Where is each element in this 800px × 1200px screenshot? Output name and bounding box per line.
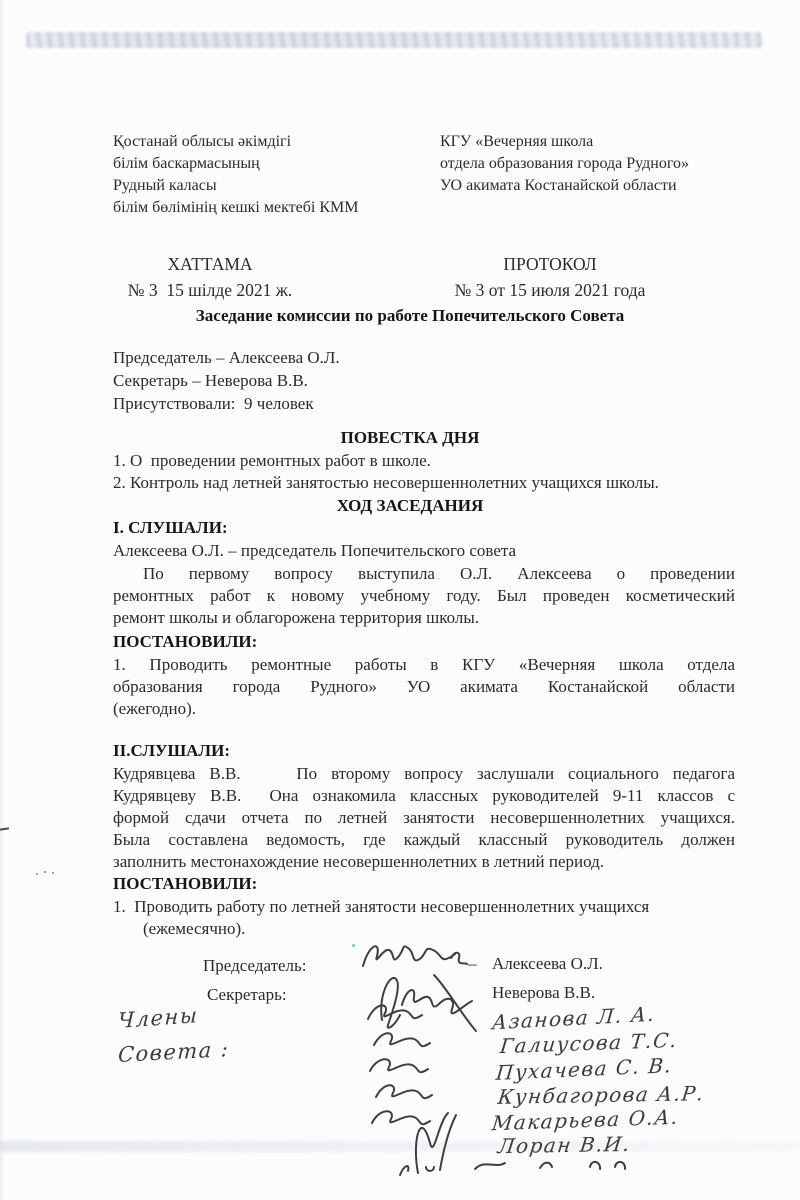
signature-secretary-name: Неверова В.В. — [492, 982, 595, 1004]
meeting-meta: Председатель – Алексеева О.Л. Секретарь … — [113, 346, 340, 415]
letterhead-kazakh: Қостанай облысы әкімдігі білім баскармас… — [113, 131, 423, 219]
section1-resolution: 1. Проводить ремонтные работы в КГУ «Веч… — [113, 654, 735, 720]
scan-artifact-band-top — [26, 32, 762, 48]
page-title: Заседание комиссии по работе Попечительс… — [100, 305, 720, 327]
paragraph-line: Была составлена ведомость, где каждый кл… — [113, 829, 735, 851]
section1-speaker: Алексеева О.Л. – председатель Попечитель… — [113, 540, 516, 562]
section2-resolution-line1: 1. Проводить работу по летней занятости … — [113, 896, 649, 918]
letterhead-kk-line: Рудный каласы — [113, 175, 423, 197]
section2-resolved-heading: ПОСТАНОВИЛИ: — [113, 873, 257, 895]
scan-artifact-dots — [36, 871, 58, 876]
resolution-line: 1. Проводить ремонтные работы в КГУ «Веч… — [113, 654, 735, 676]
paragraph-line: По первому вопросу выступила О.Л. Алексе… — [113, 563, 735, 585]
section2-heard-heading: II.СЛУШАЛИ: — [113, 740, 230, 762]
doc-type-ru: ПРОТОКОЛ — [420, 251, 680, 277]
agenda-heading: ПОВЕСТКА ДНЯ — [100, 427, 720, 449]
section2-paragraph: Кудрявцева В.В. По второму вопросу заслу… — [113, 763, 735, 873]
doc-number-date-kk: № 3 15 шілде 2021 ж. — [85, 277, 335, 303]
section1-resolved-heading: ПОСТАНОВИЛИ: — [113, 631, 257, 653]
meta-chairman: Председатель – Алексеева О.Л. — [113, 346, 340, 369]
members-label-line1: Члены — [118, 1003, 199, 1033]
signature-secretary-label: Секретарь: — [207, 984, 287, 1006]
signature-chairman-label: Председатель: — [203, 955, 307, 977]
resolution-line: (ежегодно). — [113, 698, 735, 720]
resolution-line: образования города Рудного» УО акимата К… — [113, 676, 735, 698]
meta-attended: Присутствовали: 9 человек — [113, 392, 340, 415]
member-signature-name: Пухачева С. В. — [495, 1053, 674, 1085]
section1-heard-heading: I. СЛУШАЛИ: — [113, 517, 228, 539]
section2-resolution-line2: (ежемесячно). — [143, 918, 245, 940]
scanned-protocol-document: Қостанай облысы әкімдігі білім баскармас… — [0, 0, 800, 1200]
paragraph-line: ремонт школы и облагорожена территория ш… — [113, 607, 735, 629]
agenda-item: 1. О проведении ремонтных работ в школе. — [113, 450, 753, 472]
meta-secretary: Секретарь – Неверова В.В. — [113, 369, 340, 392]
letterhead-ru-line: УО акимата Костанайской области — [440, 175, 770, 197]
members-label-line2: Совета : — [117, 1037, 230, 1067]
letterhead-kk-line: білім баскармасының — [113, 153, 423, 175]
paragraph-line: ремонтных работ к новому учебному году. … — [113, 585, 735, 607]
paragraph-line: заполнить местонахождение несовершенноле… — [113, 851, 735, 873]
agenda-list: 1. О проведении ремонтных работ в школе.… — [113, 450, 753, 494]
agenda-item: 2. Контроль над летней занятостью несове… — [113, 472, 753, 494]
scan-edge-shadow — [0, 0, 5, 1200]
paragraph-line: Кудрявцева В.В. По второму вопросу заслу… — [113, 763, 735, 785]
doc-number-date-ru: № 3 от 15 июля 2021 года — [420, 277, 680, 303]
members-signature-cluster — [360, 995, 485, 1180]
member-signature-name: Макарьева О.А. — [491, 1105, 680, 1136]
doc-number-russian: ПРОТОКОЛ № 3 от 15 июля 2021 года — [420, 251, 680, 303]
doc-number-kazakh: ХАТТАМА № 3 15 шілде 2021 ж. — [85, 251, 335, 303]
doc-type-kk: ХАТТАМА — [85, 251, 335, 277]
signature-chairman-name: Алексеева О.Л. — [492, 953, 603, 975]
letterhead-kk-line: білім бөлімінің кешкі мектебі КММ — [113, 197, 423, 219]
section1-paragraph: По первому вопросу выступила О.Л. Алексе… — [113, 563, 735, 629]
letterhead-kk-line: Қостанай облысы әкімдігі — [113, 131, 423, 153]
cutoff-signature-fragments — [420, 1155, 680, 1173]
letterhead-ru-line: отдела образования города Рудного» — [440, 153, 770, 175]
letterhead-russian: КГУ «Вечерняя школа отдела образования г… — [440, 131, 770, 197]
paragraph-line: Кудрявцеву В.В. Она ознакомила классных … — [113, 785, 735, 807]
letterhead-ru-line: КГУ «Вечерняя школа — [440, 131, 770, 153]
paragraph-line: формой сдачи отчета по летней занятости … — [113, 807, 735, 829]
proceedings-heading: ХОД ЗАСЕДАНИЯ — [100, 495, 720, 517]
